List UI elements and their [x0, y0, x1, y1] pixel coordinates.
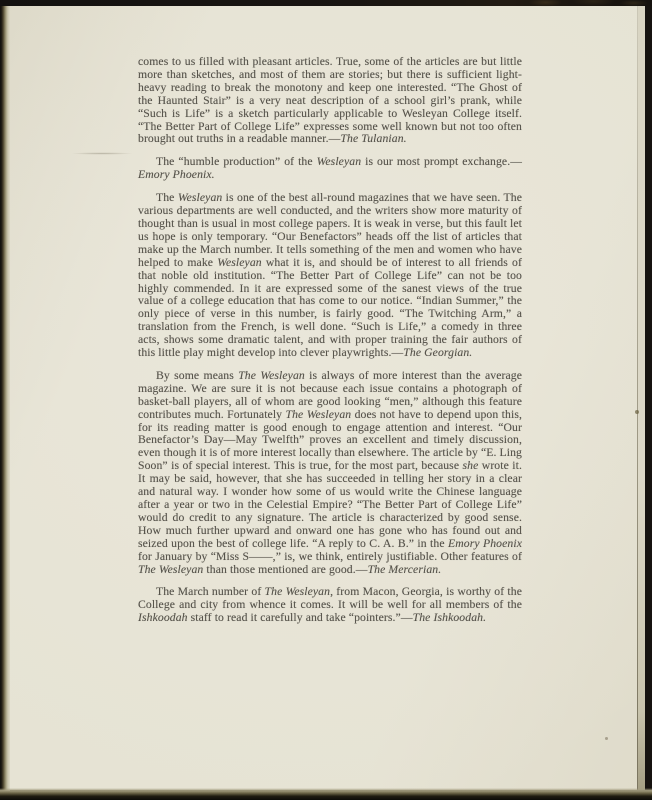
emory-phoenix-note: The “humble production” of the Wesleyan … — [138, 156, 522, 182]
paper-speck — [605, 737, 608, 740]
cited-publication: The Wesleyan — [138, 563, 203, 576]
paragraph-text: By some means — [156, 369, 238, 382]
page-text-block: comes to us filled with pleasant article… — [138, 56, 522, 635]
paper-scratch-mark — [61, 152, 143, 155]
paragraph-text: staff to read it carefully and take “poi… — [188, 611, 413, 624]
binding-corner-texture — [522, 0, 652, 12]
paper-speck — [635, 410, 639, 414]
book-scan: comes to us filled with pleasant article… — [0, 0, 652, 800]
paragraph-text: The “humble production” of the — [156, 155, 317, 168]
book-edge-bottom — [0, 788, 652, 800]
page-fore-edge — [638, 6, 645, 790]
ishkoodah-note: The March number of The Wesleyan, from M… — [138, 586, 522, 625]
book-gutter-edge — [0, 0, 10, 800]
cited-publication: The Wesleyan — [265, 585, 331, 598]
cited-publication: The Ishkoodah. — [413, 611, 486, 624]
cited-publication: The Wesleyan — [238, 369, 305, 382]
paragraph-text: comes to us filled with pleasant article… — [138, 55, 522, 145]
paragraph-text: is our most prompt exchange.— — [361, 155, 522, 168]
tulanian-review: comes to us filled with pleasant article… — [138, 56, 522, 146]
cited-publication: Wesleyan — [317, 155, 362, 168]
cited-publication: she — [463, 459, 479, 472]
cited-publication: Emory Phoenix. — [138, 168, 215, 181]
cited-publication: Wesleyan — [217, 256, 262, 269]
mercerian-review: By some means The Wesleyan is always of … — [138, 370, 522, 577]
paragraph-text: than those mentioned are good.— — [203, 563, 367, 576]
cited-publication: Emory Phoenix — [448, 537, 522, 550]
cited-publication: The Georgian. — [403, 346, 472, 359]
cited-publication: The Mercerian. — [368, 563, 442, 576]
book-page: comes to us filled with pleasant article… — [9, 6, 645, 790]
cited-publication: The Wesleyan — [286, 408, 352, 421]
georgian-review: The Wesleyan is one of the best all-roun… — [138, 192, 522, 360]
cited-publication: The Tulanian. — [340, 132, 406, 145]
paragraph-text: The — [156, 191, 178, 204]
cited-publication: Wesleyan — [178, 191, 223, 204]
paragraph-text: The March number of — [156, 585, 265, 598]
paragraph-text: what it is, and should be of interest to… — [138, 256, 522, 359]
cited-publication: Ishkoodah — [138, 611, 188, 624]
paragraph-text: for January by “Miss S——,” is, we think,… — [138, 550, 522, 563]
page-edge-line — [637, 6, 638, 790]
